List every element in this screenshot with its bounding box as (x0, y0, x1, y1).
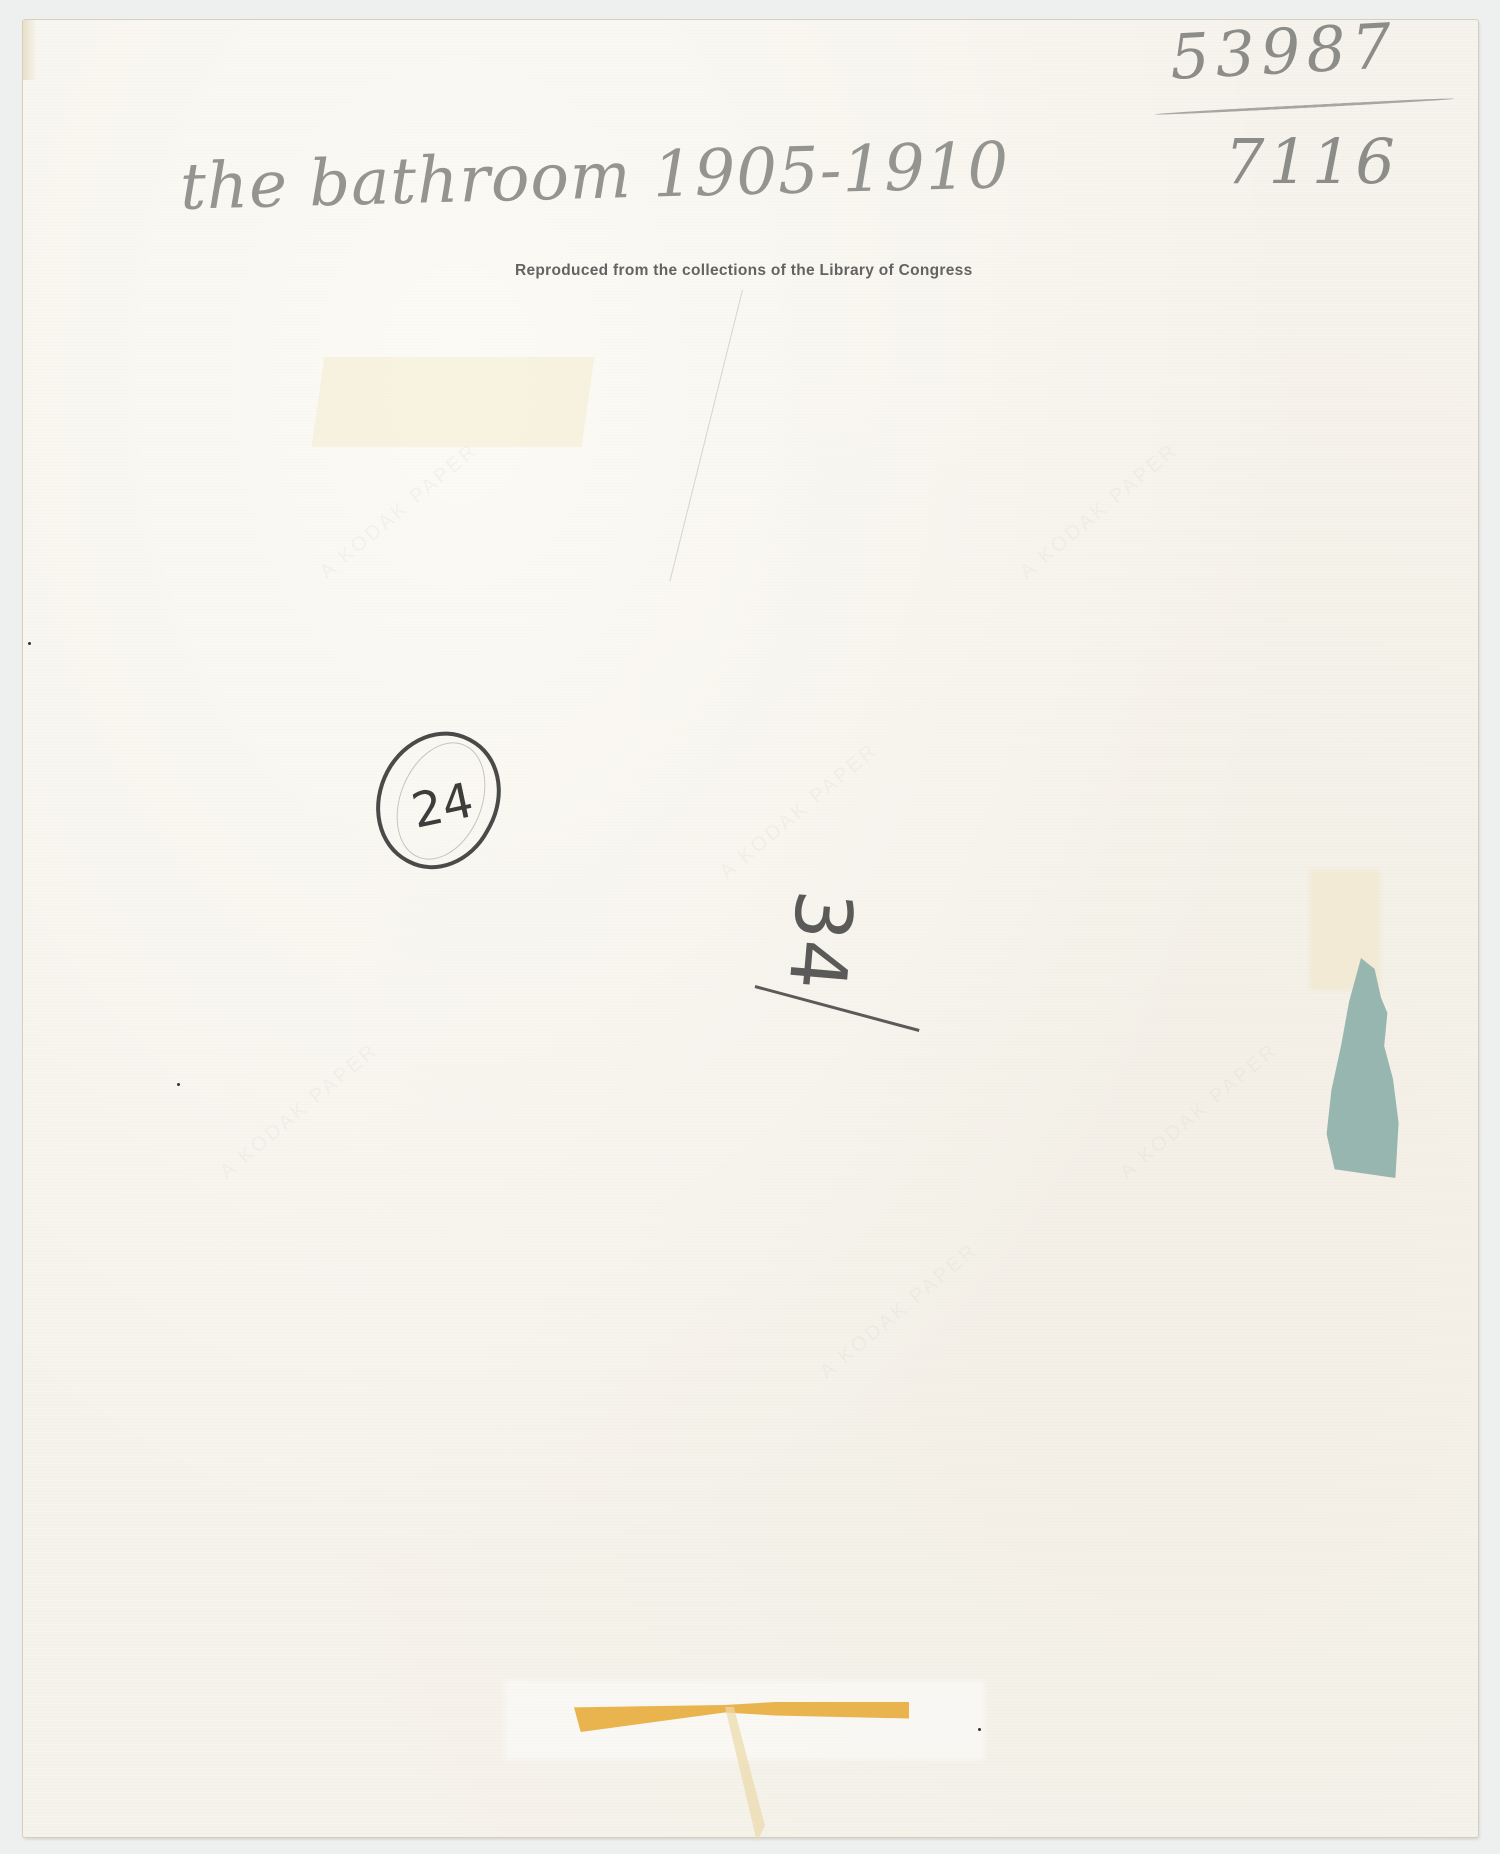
catalog-number-top: 53987 (1168, 9, 1399, 94)
library-of-congress-stamp: Reproduced from the collections of the L… (515, 262, 972, 280)
speck (978, 1728, 981, 1731)
speck (28, 642, 31, 645)
tape-stain (312, 357, 595, 447)
photo-back-sheet (23, 20, 1478, 1837)
speck (177, 1083, 180, 1086)
corner-wear (23, 20, 37, 80)
rotated-number-mark: 34 (770, 887, 868, 994)
catalog-number-bottom: 7116 (1225, 125, 1399, 198)
scuffed-area (505, 1680, 985, 1760)
